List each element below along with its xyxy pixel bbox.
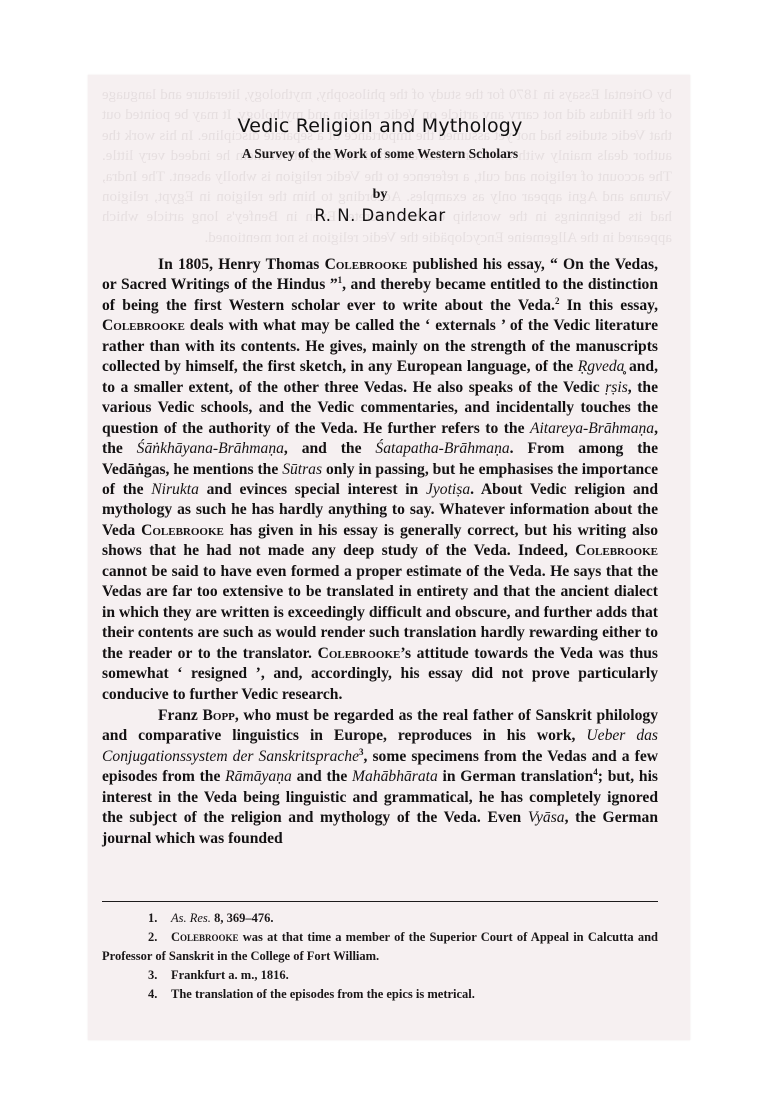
article-body: In 1805, Henry Thomas Colebrooke publish…: [102, 255, 658, 849]
small-caps-name: Bopp: [202, 707, 234, 724]
italic-term: Aitareya-Brāhmaṇa: [530, 420, 654, 437]
italic-term: Jyotiṣa: [426, 481, 470, 498]
footnote-2: 2.Colebrooke was at that time a member o…: [102, 928, 658, 966]
italic-term: Śatapatha-Brāhmaṇa: [375, 440, 509, 457]
small-caps-name: Colebrooke: [141, 522, 224, 539]
article-subtitle: A Survey of the Work of some Western Sch…: [102, 146, 658, 162]
author-name: R. N. Dandekar: [102, 206, 658, 225]
footnote-number: 2.: [148, 928, 171, 947]
footnote-text: As. Res. 8, 369–476.: [171, 911, 273, 925]
italic-term: ṛṣis: [605, 379, 628, 396]
paragraph-bopp: Franz Bopp, who must be regarded as the …: [102, 706, 658, 849]
small-caps-name: Colebrooke: [575, 542, 658, 559]
italic-term: Rāmāyaṇa: [225, 768, 292, 785]
footnote-text: The translation of the episodes from the…: [171, 987, 475, 1001]
footnote-1: 1.As. Res. 8, 369–476.: [102, 909, 658, 928]
document-page: by Oriental Essays in 1870 for the study…: [88, 75, 690, 1040]
footnote-text: Colebrooke was at that time a member of …: [102, 930, 658, 963]
small-caps-name: Colebrooke: [325, 256, 408, 273]
small-caps-name: Colebrooke: [102, 317, 185, 334]
footnote-4: 4.The translation of the episodes from t…: [102, 985, 658, 1004]
italic-term: Nirukta: [151, 481, 199, 498]
byline: by: [102, 187, 658, 203]
footnote-number: 4.: [148, 985, 171, 1004]
footnote-3: 3.Frankfurt a. m., 1816.: [102, 966, 658, 985]
italic-term: Mahābhārata: [352, 768, 438, 785]
paragraph-colebrooke: In 1805, Henry Thomas Colebrooke publish…: [102, 255, 658, 705]
italic-term: Ṛgveda: [578, 358, 625, 375]
small-caps-name: Colebrooke: [318, 645, 401, 662]
footnote-number: 3.: [148, 966, 171, 985]
italic-term: Sūtras: [282, 461, 322, 478]
footnotes: 1.As. Res. 8, 369–476. 2.Colebrooke was …: [102, 909, 658, 1004]
footnote-text: Frankfurt a. m., 1816.: [171, 968, 289, 982]
article-title: Vedic Religion and Mythology: [102, 115, 658, 137]
footnote-number: 1.: [148, 909, 171, 928]
italic-term: Vyāsa: [528, 809, 565, 826]
footnote-separator: [102, 901, 658, 902]
italic-term: As. Res.: [171, 911, 211, 925]
italic-term: Śāṅkhāyana-Brāhmaṇa: [137, 440, 284, 457]
small-caps-name: Colebrooke: [171, 930, 239, 944]
